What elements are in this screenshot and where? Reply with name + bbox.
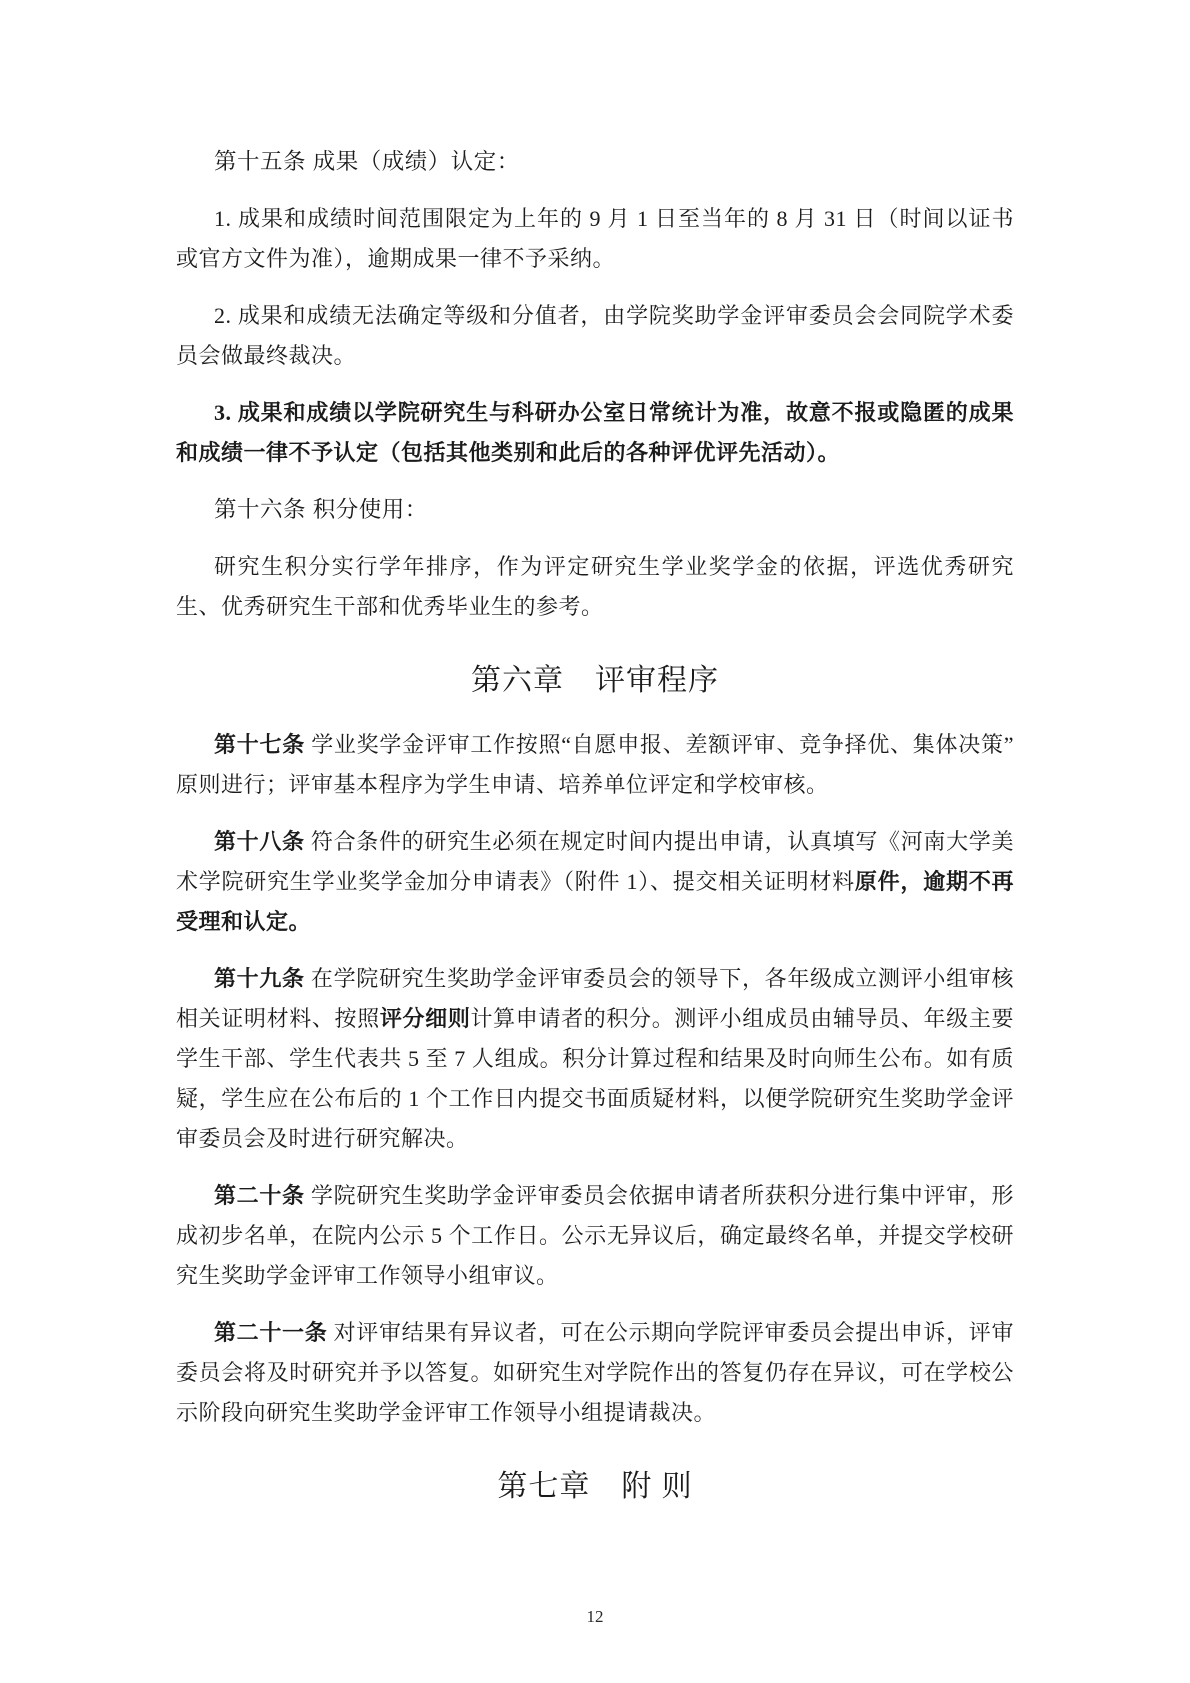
document-body: 第十五条 成果（成绩）认定：1. 成果和成绩时间范围限定为上年的 9 月 1 日…: [0, 0, 1190, 1511]
text-run: 第七章 附 则: [497, 1470, 692, 1503]
paragraph: 2. 成果和成绩无法确定等级和分值者，由学院奖助学金评审委员会会同院学术委员会做…: [176, 296, 1014, 376]
text-run: 评分细则: [380, 1006, 471, 1031]
text-run: 第六章 评审程序: [471, 664, 719, 697]
paragraph: 第二十条 学院研究生奖助学金评审委员会依据申请者所获积分进行集中评审，形成初步名…: [176, 1176, 1014, 1296]
text-run: 3. 成果和成绩以学院研究生与科研办公室日常统计为准，故意不报或隐匿的成果和成绩…: [176, 400, 1014, 465]
text-run: 第十九条: [214, 966, 305, 991]
text-run: 第二十条: [214, 1183, 305, 1208]
text-run: 第二十一条: [214, 1320, 327, 1345]
text-run: 第十五条 成果（成绩）认定：: [214, 149, 520, 174]
page-footer: 12: [0, 1607, 1190, 1627]
paragraph: 第十八条 符合条件的研究生必须在规定时间内提出申请，认真填写《河南大学美术学院研…: [176, 822, 1014, 942]
text-run: 第十六条 积分使用：: [214, 497, 428, 522]
paragraph: 第十七条 学业奖学金评审工作按照“自愿申报、差额评审、竞争择优、集体决策”原则进…: [176, 725, 1014, 805]
paragraph: 1. 成果和成绩时间范围限定为上年的 9 月 1 日至当年的 8 月 31 日（…: [176, 199, 1014, 279]
text-run: 研究生积分实行学年排序，作为评定研究生学业奖学金的依据，评选优秀研究生、优秀研究…: [176, 554, 1014, 619]
text-run: 1. 成果和成绩时间范围限定为上年的 9 月 1 日至当年的 8 月 31 日（…: [176, 206, 1014, 271]
document-page: 第十五条 成果（成绩）认定：1. 成果和成绩时间范围限定为上年的 9 月 1 日…: [0, 0, 1190, 1683]
page-number: 12: [587, 1607, 604, 1626]
text-run: 2. 成果和成绩无法确定等级和分值者，由学院奖助学金评审委员会会同院学术委员会做…: [176, 303, 1014, 368]
chapter-heading: 第七章 附 则: [176, 1463, 1014, 1511]
article-heading: 第十五条 成果（成绩）认定：: [176, 142, 1014, 182]
chapter-heading: 第六章 评审程序: [176, 657, 1014, 705]
paragraph: 第十九条 在学院研究生奖助学金评审委员会的领导下，各年级成立测评小组审核相关证明…: [176, 959, 1014, 1159]
text-run: 第十七条: [214, 732, 305, 757]
text-run: 第十八条: [214, 829, 305, 854]
article-heading: 第十六条 积分使用：: [176, 490, 1014, 530]
paragraph: 3. 成果和成绩以学院研究生与科研办公室日常统计为准，故意不报或隐匿的成果和成绩…: [176, 393, 1014, 473]
paragraph: 第二十一条 对评审结果有异议者，可在公示期向学院评审委员会提出申诉，评审委员会将…: [176, 1313, 1014, 1433]
paragraph: 研究生积分实行学年排序，作为评定研究生学业奖学金的依据，评选优秀研究生、优秀研究…: [176, 547, 1014, 627]
